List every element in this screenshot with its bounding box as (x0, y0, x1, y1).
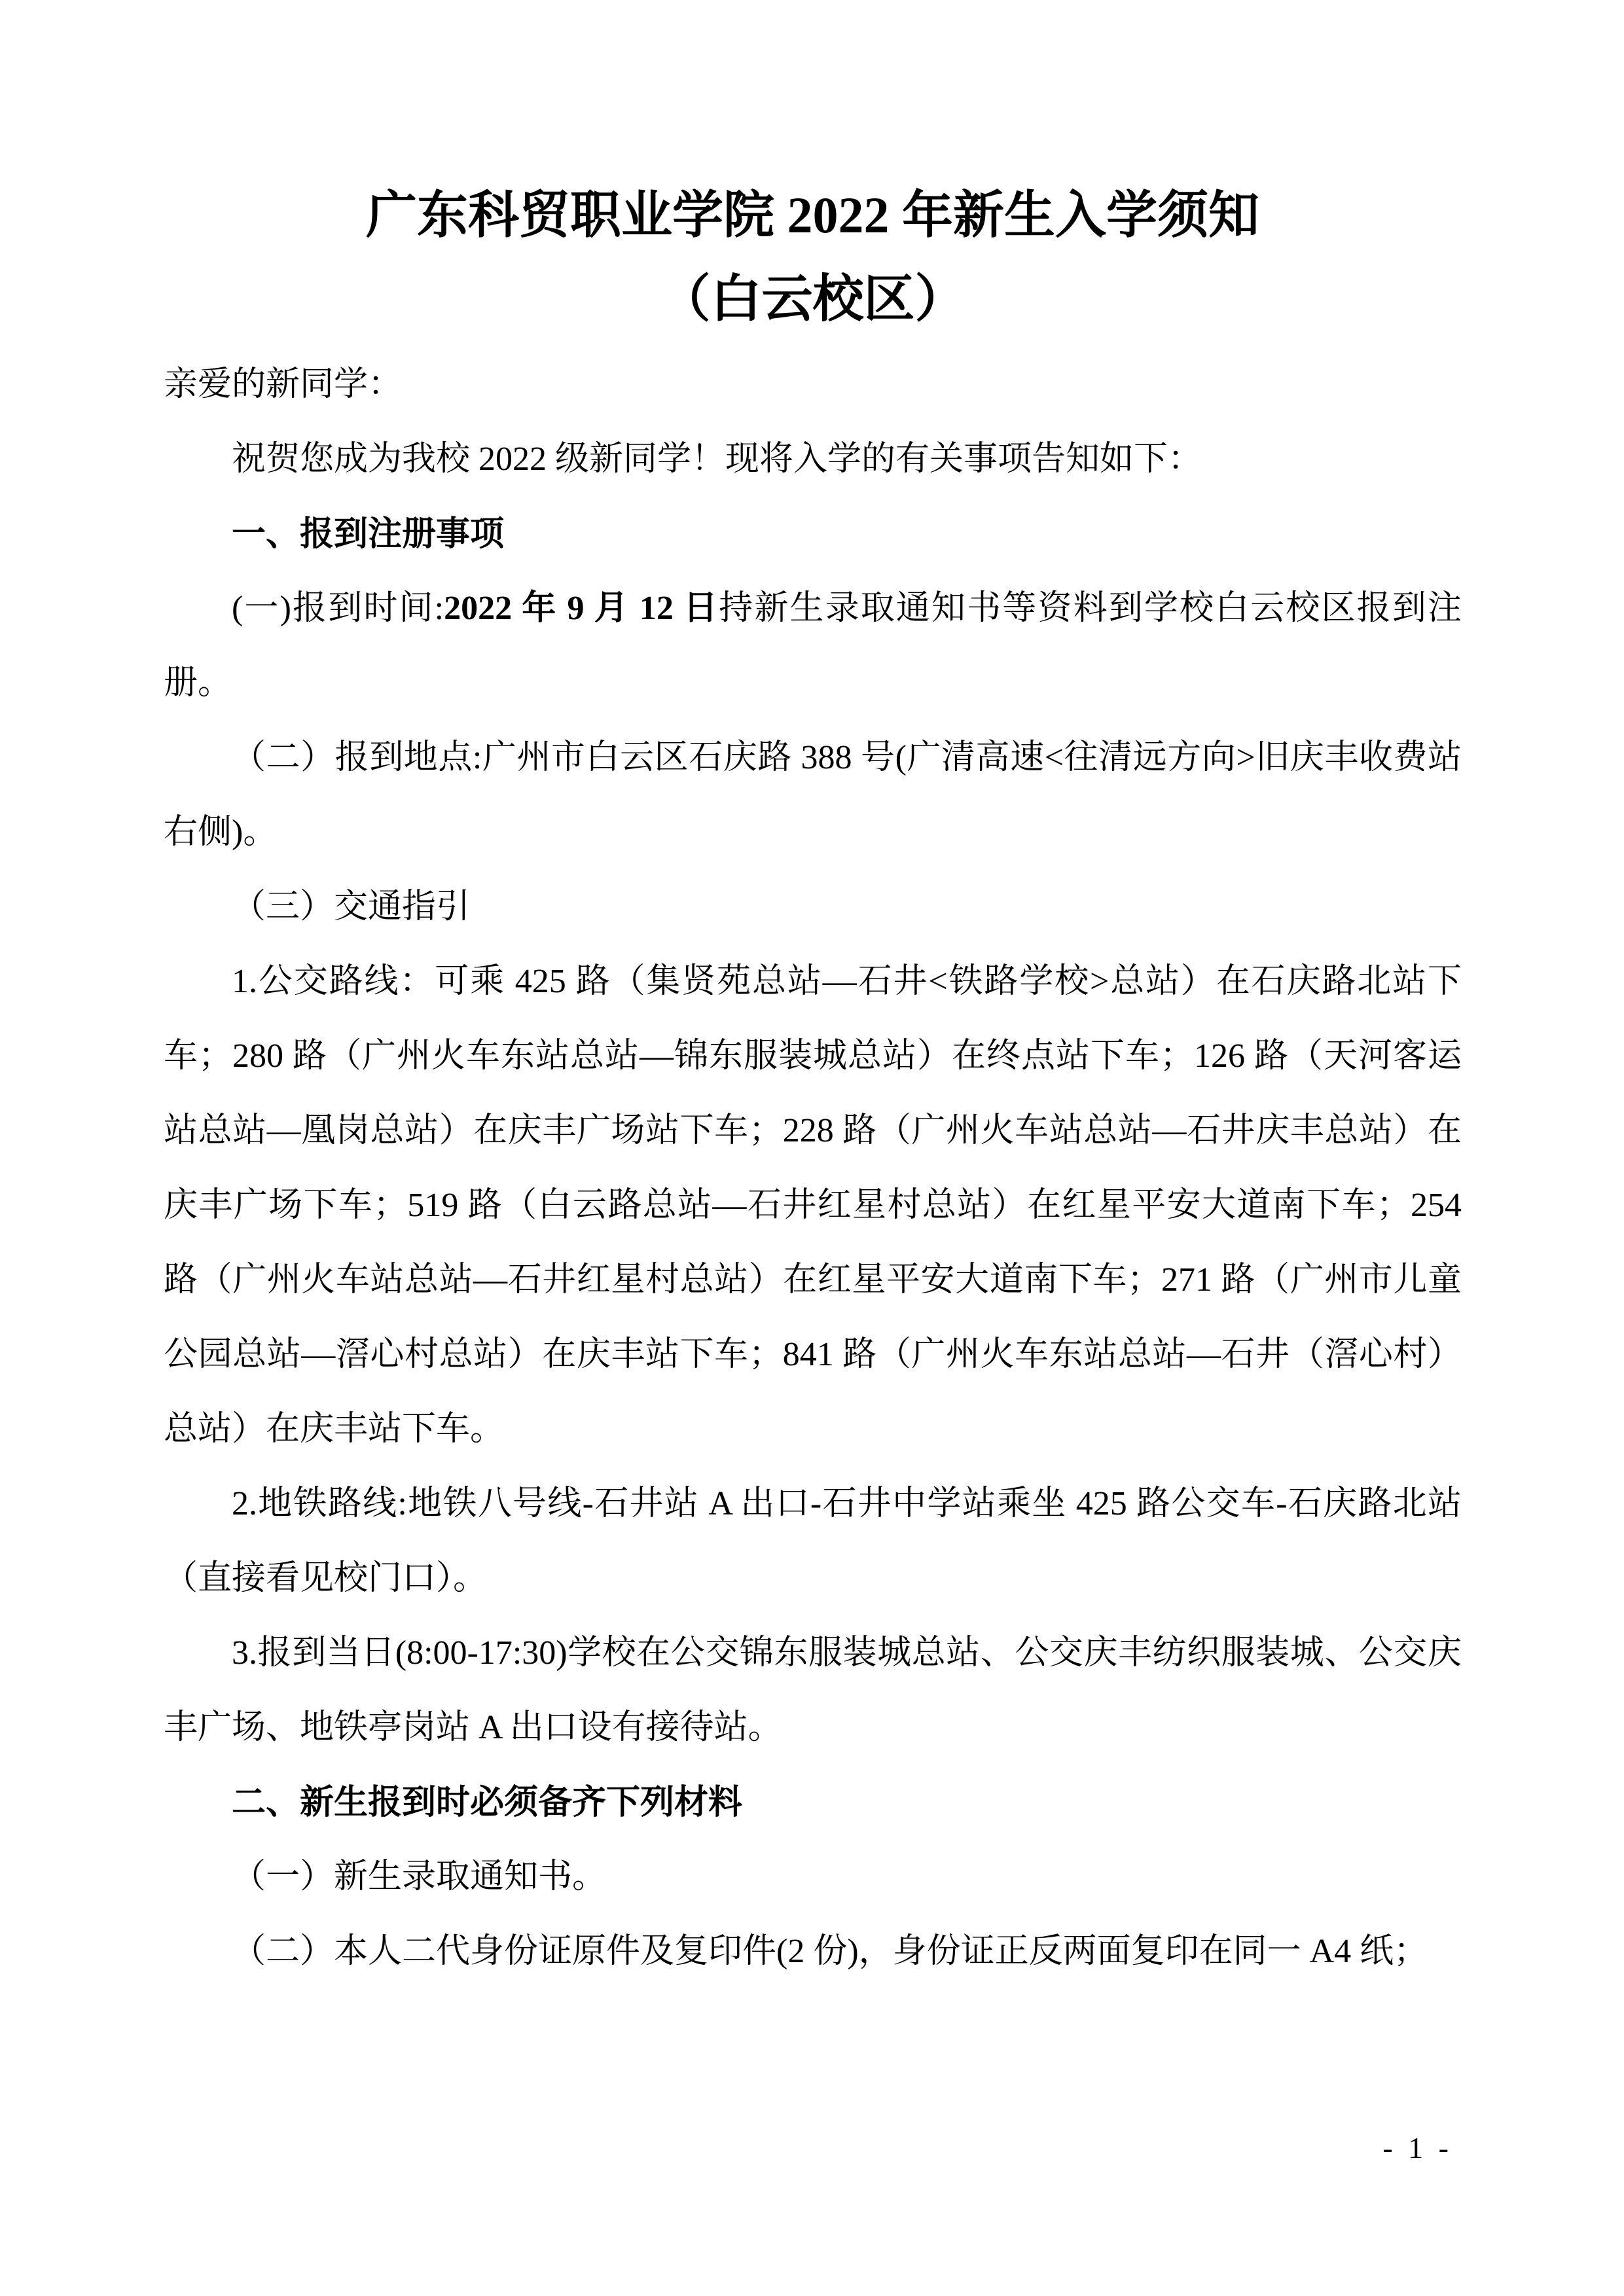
bus-routes-paragraph: 1.公交路线：可乘 425 路（集贤苑总站—石井<铁路学校>总站）在石庆路北站下… (164, 944, 1462, 1467)
document-page: 广东科贸职业学院 2022 年新生入学须知 （白云校区） 亲爱的新同学： 祝贺您… (0, 0, 1624, 2296)
document-body: 亲爱的新同学： 祝贺您成为我校 2022 级新同学！现将入学的有关事项告知如下：… (164, 348, 1462, 1989)
intro-paragraph: 祝贺您成为我校 2022 级新同学！现将入学的有关事项告知如下： (164, 422, 1462, 497)
section-1-heading: 一、报到注册事项 (164, 497, 1462, 571)
title-line-1: 广东科贸职业学院 2022 年新生入学须知 (366, 187, 1259, 243)
section-2-heading: 二、新生报到时必须备齐下列材料 (164, 1765, 1462, 1840)
traffic-guide-heading: （三）交通指引 (164, 870, 1462, 944)
report-time-prefix: (一)报到时间: (232, 590, 444, 627)
metro-route-paragraph: 2.地铁路线:地铁八号线-石井站 A 出口-石井中学站乘坐 425 路公交车-石… (164, 1467, 1462, 1616)
page-content: 广东科贸职业学院 2022 年新生入学须知 （白云校区） 亲爱的新同学： 祝贺您… (0, 0, 1624, 1989)
salutation: 亲爱的新同学： (164, 348, 1462, 422)
document-title: 广东科贸职业学院 2022 年新生入学须知 （白云校区） (164, 173, 1462, 341)
report-date-bold: 2022 年 9 月 12 日 (444, 590, 719, 627)
reception-info-paragraph: 3.报到当日(8:00-17:30)学校在公交锦东服装城总站、公交庆丰纺织服装城… (164, 1616, 1462, 1765)
material-2-paragraph: （二）本人二代身份证原件及复印件(2 份)，身份证正反两面复印在同一 A4 纸； (164, 1914, 1462, 1989)
report-time-paragraph: (一)报到时间:2022 年 9 月 12 日持新生录取通知书等资料到学校白云校… (164, 571, 1462, 721)
title-line-2: （白云校区） (659, 270, 965, 327)
report-location-paragraph: （二）报到地点:广州市白云区石庆路 388 号(广清高速<往清远方向>旧庆丰收费… (164, 721, 1462, 870)
page-number: - 1 - (1382, 2130, 1453, 2165)
material-1-paragraph: （一）新生录取通知书。 (164, 1840, 1462, 1914)
